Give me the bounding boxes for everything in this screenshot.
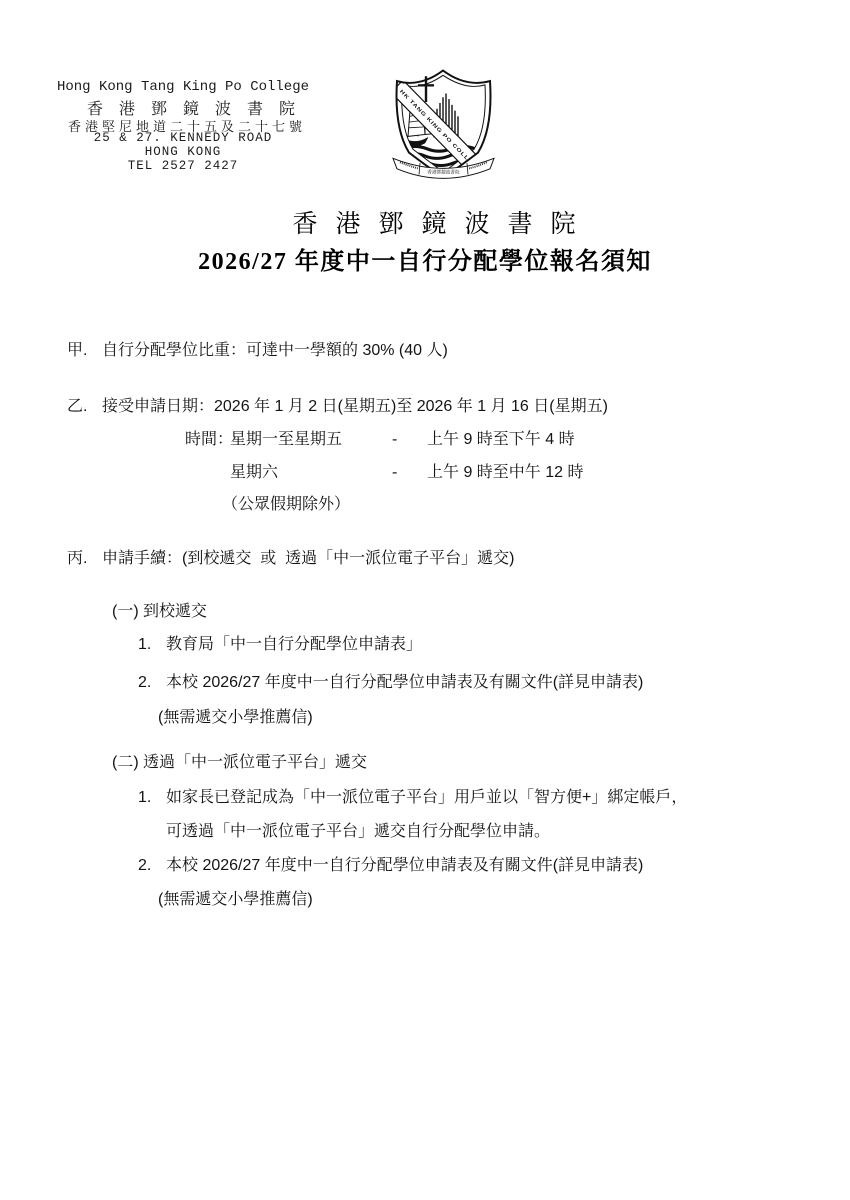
section-a-text: 自行分配學位比重：可達中一學額的 30% (40 人): [102, 340, 448, 362]
crest-ribbon-text: 香港鄧鏡波書院: [427, 169, 460, 176]
doc-title-school-name: 香港鄧鏡波書院: [0, 204, 850, 240]
sub2-item2-note: (無需遞交小學推薦信): [158, 889, 313, 911]
holiday-note: （公眾假期除外）: [222, 494, 350, 516]
time-row2-days: 星期六: [230, 462, 278, 484]
sub2-item2-text: 本校 2026/27 年度中一自行分配學位申請表及有關文件(詳見申請表): [166, 855, 643, 877]
sub1-item2-text: 本校 2026/27 年度中一自行分配學位申請表及有關文件(詳見申請表): [166, 672, 643, 694]
time-row2-hours: 上午 9 時至中午 12 時: [427, 462, 583, 484]
section-c-label: 丙.: [67, 548, 87, 570]
sub2-label: (二): [112, 752, 139, 774]
doc-title-notice: 2026/27 年度中一自行分配學位報名須知: [0, 241, 850, 276]
time-label: 時間：: [185, 429, 233, 451]
crest-ribbon: 香港鄧鏡波書院: [393, 158, 494, 178]
sub1-title: 到校遞交: [143, 601, 207, 623]
sub2-item2-number: 2.: [138, 855, 151, 877]
sub2-title: 透過「中一派位電子平台」遞交: [143, 752, 367, 774]
school-name-en: Hong Kong Tang King Po College: [40, 79, 326, 95]
time-row1-hours: 上午 9 時至下午 4 時: [427, 429, 575, 451]
school-tel: TEL 2527 2427: [40, 159, 326, 173]
school-crest-icon: HK TANG KING PO COLLEGE 香港鄧鏡波書院: [390, 61, 497, 187]
section-b-dates: 接受申請日期：2026 年 1 月 2 日(星期五)至 2026 年 1 月 1…: [102, 396, 608, 418]
section-c-text: 申請手續：(到校遞交 或 透過「中一派位電子平台」遞交): [102, 548, 514, 570]
school-address-en-line1: 25 & 27. KENNEDY ROAD: [40, 131, 326, 145]
sub1-item1-text: 教育局「中一自行分配學位申請表」: [166, 634, 422, 656]
time-row1-dash: -: [392, 429, 397, 451]
sub2-item1-number: 1.: [138, 787, 151, 809]
school-address-en-line2: HONG KONG: [40, 145, 326, 159]
sub1-item2-number: 2.: [138, 672, 151, 694]
sub1-item2-note: (無需遞交小學推薦信): [158, 707, 313, 729]
time-row1-days: 星期一至星期五: [230, 429, 342, 451]
sub1-label: (一): [112, 601, 139, 623]
section-a-label: 甲.: [67, 340, 87, 362]
sub1-item1-number: 1.: [138, 634, 151, 656]
section-b-label: 乙.: [67, 396, 87, 418]
time-row2-dash: -: [392, 462, 397, 484]
document-page: Hong Kong Tang King Po College 香港鄧鏡波書院 香…: [0, 0, 850, 1200]
sub2-item1-line1: 如家長已登記成為「中一派位電子平台」用戶並以「智方便+」綁定帳戶，: [166, 787, 687, 809]
sub2-item1-line2: 可透過「中一派位電子平台」遞交自行分配學位申請。: [166, 821, 550, 843]
